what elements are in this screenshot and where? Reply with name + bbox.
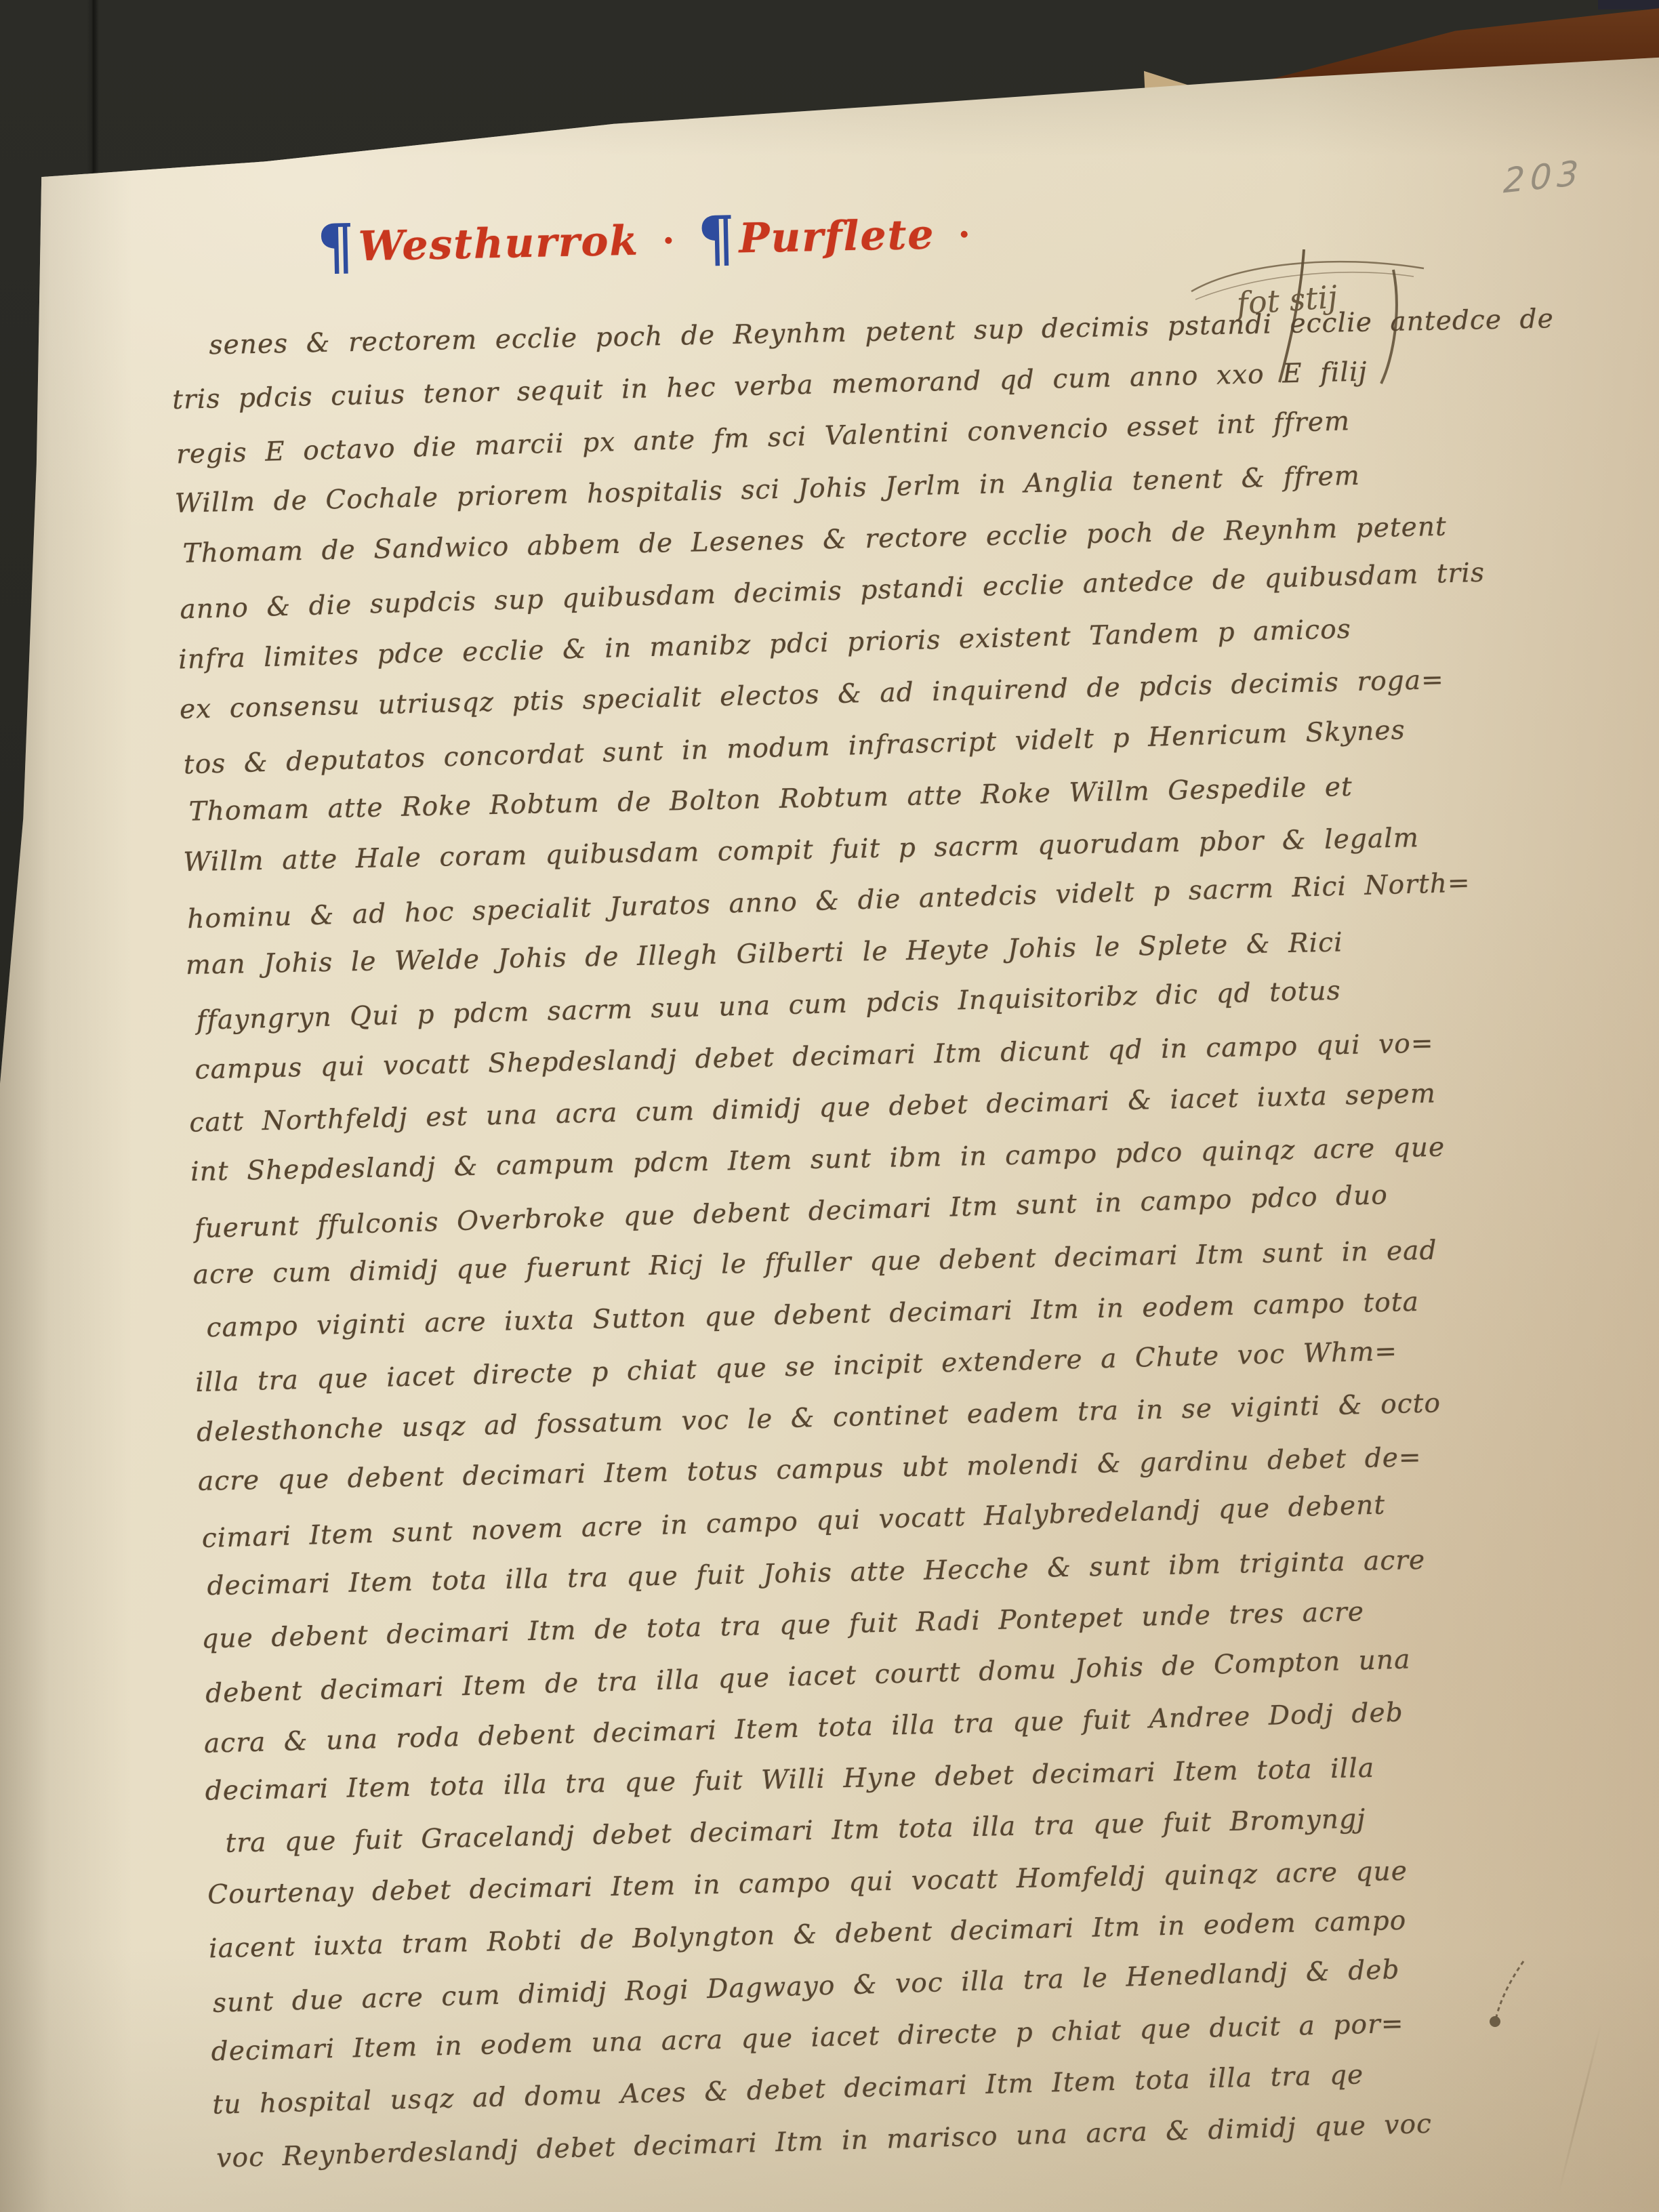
pencil-folio-number: 203 [1502,152,1584,201]
background-seam [87,0,99,203]
heading-place-purfleet: Purflete [739,205,936,268]
page-crease [1558,2022,1603,2193]
rubric-punctus: · [661,211,676,269]
paraph-mark-icon: ¶ [697,208,736,270]
background-edge-tint [1598,0,1659,9]
heading-place-west-thurrock: Westhurrok [358,212,640,276]
manuscript-body: senes & rectorem ecclie poch de Reynhm p… [171,303,1502,2192]
rubricated-heading: ¶ Westhurrok · ¶ Purflete · [316,205,994,277]
manuscript-page: ¶ Westhurrok · ¶ Purflete · 203 fot stij… [0,0,1659,2212]
paraph-mark-icon: ¶ [316,216,355,278]
ink-blot-mark [1471,1959,1532,2036]
rubric-punctus: · [958,205,972,263]
